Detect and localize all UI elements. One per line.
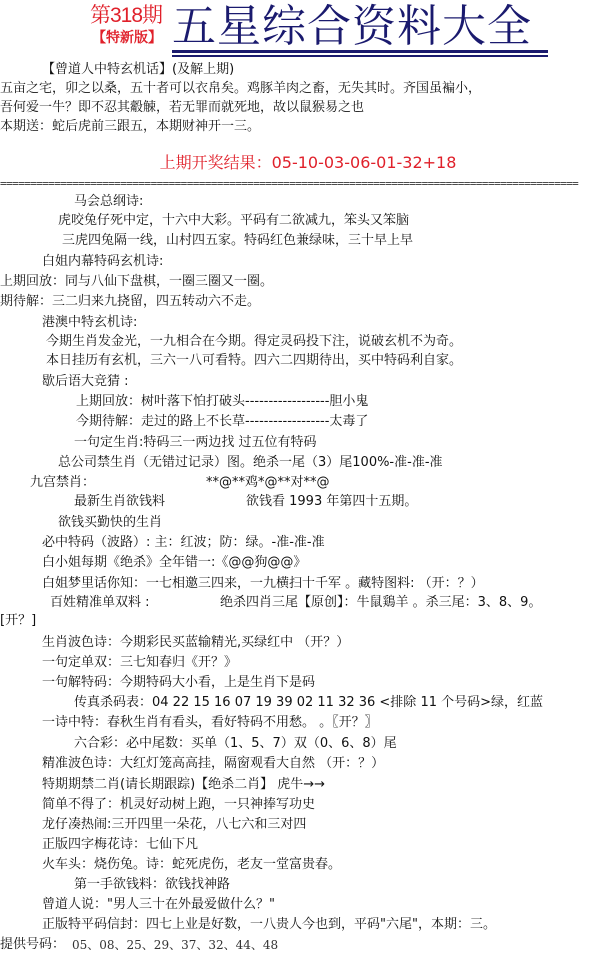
result-label: 上期开奖结果： bbox=[160, 153, 272, 172]
one-line-odd-even: 一句定单双：三七知春归《开？》 bbox=[42, 654, 237, 672]
gangao-line-1: 今期生肖发金光，一九相合在今期。得定灵码投下注，说破玄机不为奇。 bbox=[46, 333, 462, 351]
one-line-zodiac: 一句定生肖:特码三一两边找 过五位有特码 bbox=[74, 434, 317, 452]
envelope-poem: 正版特平码信封：四七上业是好数，一八贵人今也到，平码"六尾"，本期：三。 bbox=[42, 916, 496, 934]
nine-palace-label: 九宫禁肖： bbox=[30, 474, 95, 492]
open-bracket-note: [开？] bbox=[0, 612, 36, 630]
intro-line-1: 五亩之宅，卯之以桑，五十者可以衣帛矣。鸡豚羊肉之畜，无失其时。齐国虽褊小， bbox=[0, 80, 481, 98]
nine-palace-value: **@**鸡*@**对**@ bbox=[206, 474, 330, 492]
title-underline bbox=[172, 50, 548, 53]
diligent-zodiac: 欲钱买勤快的生肖 bbox=[58, 514, 162, 532]
miss-bai-kill: 白小姐每期《绝杀》全年错一:《@@狗@@》 bbox=[42, 554, 306, 572]
latest-zodiac-value: 欲钱看 1993 年第四十五期。 bbox=[246, 493, 417, 511]
zeng-daoren-says: 曾道人说："男人三十在外最爱做什么？" bbox=[42, 896, 275, 914]
banned-two-zodiac: 特期期禁二肖(请长期跟踪)【绝杀二肖】 虎牛→→ bbox=[42, 776, 325, 794]
odd-even-value: 绝杀四肖三尾【原创】：牛鼠鶏羊 。杀三尾：3、8、9。 bbox=[220, 594, 541, 612]
intro-line-3: 本期送：蛇后虎前三跟五，本期财神开一三。 bbox=[0, 118, 260, 136]
title-underline-secondary bbox=[172, 55, 548, 57]
xiehouyu-current: 今期待解：走过的路上不长草------------------太毒了 bbox=[76, 413, 368, 431]
intro-line-2: 吾何爱一牛？即不忍其觳觫，若无罪而就死地，故以鼠猴易之也 bbox=[0, 99, 364, 117]
xiehouyu-title: 歇后语大竞猜 : bbox=[42, 373, 129, 391]
dragon-poem: 龙仔凑热闹:三开四里一朵花，八七六和三对四 bbox=[42, 816, 306, 834]
precise-wave-poem: 精准波色诗：大红灯笼高高挂，隔窗观看大自然 （开：？） bbox=[42, 755, 384, 773]
section-divider: ========================================… bbox=[0, 178, 616, 190]
simple-poem: 简单不得了：机灵好动树上跑，一只神捧写功史 bbox=[42, 796, 315, 814]
locomotive-poem: 火车头：烧伤兔。诗：蛇死虎伤，老友一堂富贵春。 bbox=[42, 856, 341, 874]
mahui-line-1: 虎咬兔仔死中定，十六中大彩。平码有二欲减九，笨头又笨脑 bbox=[58, 212, 409, 230]
result-numbers: 05-10-03-06-01-32+18 bbox=[272, 153, 457, 172]
mahui-line-2: 三虎四兔隔一线，山村四五家。特码红色兼绿味，三十早上早 bbox=[62, 232, 413, 250]
odd-even-label: 百姓精准单双料 : bbox=[50, 594, 150, 612]
first-hand-riddle: 第一手欲钱料：欲钱找神路 bbox=[74, 876, 230, 894]
page-title: 五星综合资料大全 bbox=[172, 2, 532, 52]
one-line-special: 一句解特码：今期特码大小看，上是生肖下是码 bbox=[42, 674, 315, 692]
company-banned-zodiac: 总公司禁生肖（无错过记录）图。绝杀一尾（3）尾100%-准-准-准 bbox=[58, 454, 443, 472]
intro-heading: 【曾道人中特玄机话】(及解上期) bbox=[42, 61, 234, 79]
gangao-title: 港澳中特玄机诗: bbox=[42, 314, 137, 332]
edition-badge: 【特新版】 bbox=[84, 29, 170, 47]
baijie-previous: 上期回放：同与八仙下盘棋，一圈三圈又一圈。 bbox=[0, 273, 273, 291]
mahui-title: 马会总纲诗: bbox=[74, 193, 143, 211]
baijie-current: 期待解：三二归来九挠留，四五转动六不走。 bbox=[0, 293, 260, 311]
latest-zodiac-label: 最新生肖欲钱料 bbox=[74, 493, 165, 511]
zodiac-wave-poem: 生肖波色诗：今期彩民买蓝输精光,买绿红中 （开？） bbox=[42, 634, 349, 652]
sure-special-wave: 必中特码（波路）: 主：红波；防：绿。-准-准-准 bbox=[42, 534, 325, 552]
xiehouyu-previous: 上期回放：树叶落下怕打破头------------------胆小鬼 bbox=[76, 393, 368, 411]
page-header: 第318期 【特新版】 五星综合资料大全 bbox=[0, 0, 616, 60]
gangao-line-2: 本日挂历有玄机，三六一八可看特。四六二四期待出，买中特码利自家。 bbox=[46, 352, 462, 370]
poem-special: 一诗中特：春秋生肖有看头，看好特码不用愁。 。〖开？〗 bbox=[42, 714, 378, 732]
last-draw-result: 上期开奖结果：05-10-03-06-01-32+18 bbox=[0, 152, 616, 174]
issue-number: 第318期 bbox=[86, 4, 166, 28]
fax-kill-table: 传真杀码表：04 22 15 16 07 19 39 02 11 32 36 <… bbox=[74, 694, 543, 712]
baijie-title: 白姐内幕特码玄机诗: bbox=[42, 253, 163, 271]
plum-poem: 正版四字梅花诗：七仙下凡 bbox=[42, 836, 198, 854]
provided-numbers-value: 05、08、25、29、37、32、44、48 bbox=[72, 936, 278, 954]
dream-words: 白姐梦里话你知：一七相邀三四来，一九横扫十千军 。藏特图料: （开：？） bbox=[42, 575, 484, 593]
mark-six-tail: 六合彩：必中尾数：买单（1、5、7）双（0、6、8）尾 bbox=[74, 735, 397, 753]
provided-numbers-label: 提供号码： bbox=[0, 936, 65, 954]
